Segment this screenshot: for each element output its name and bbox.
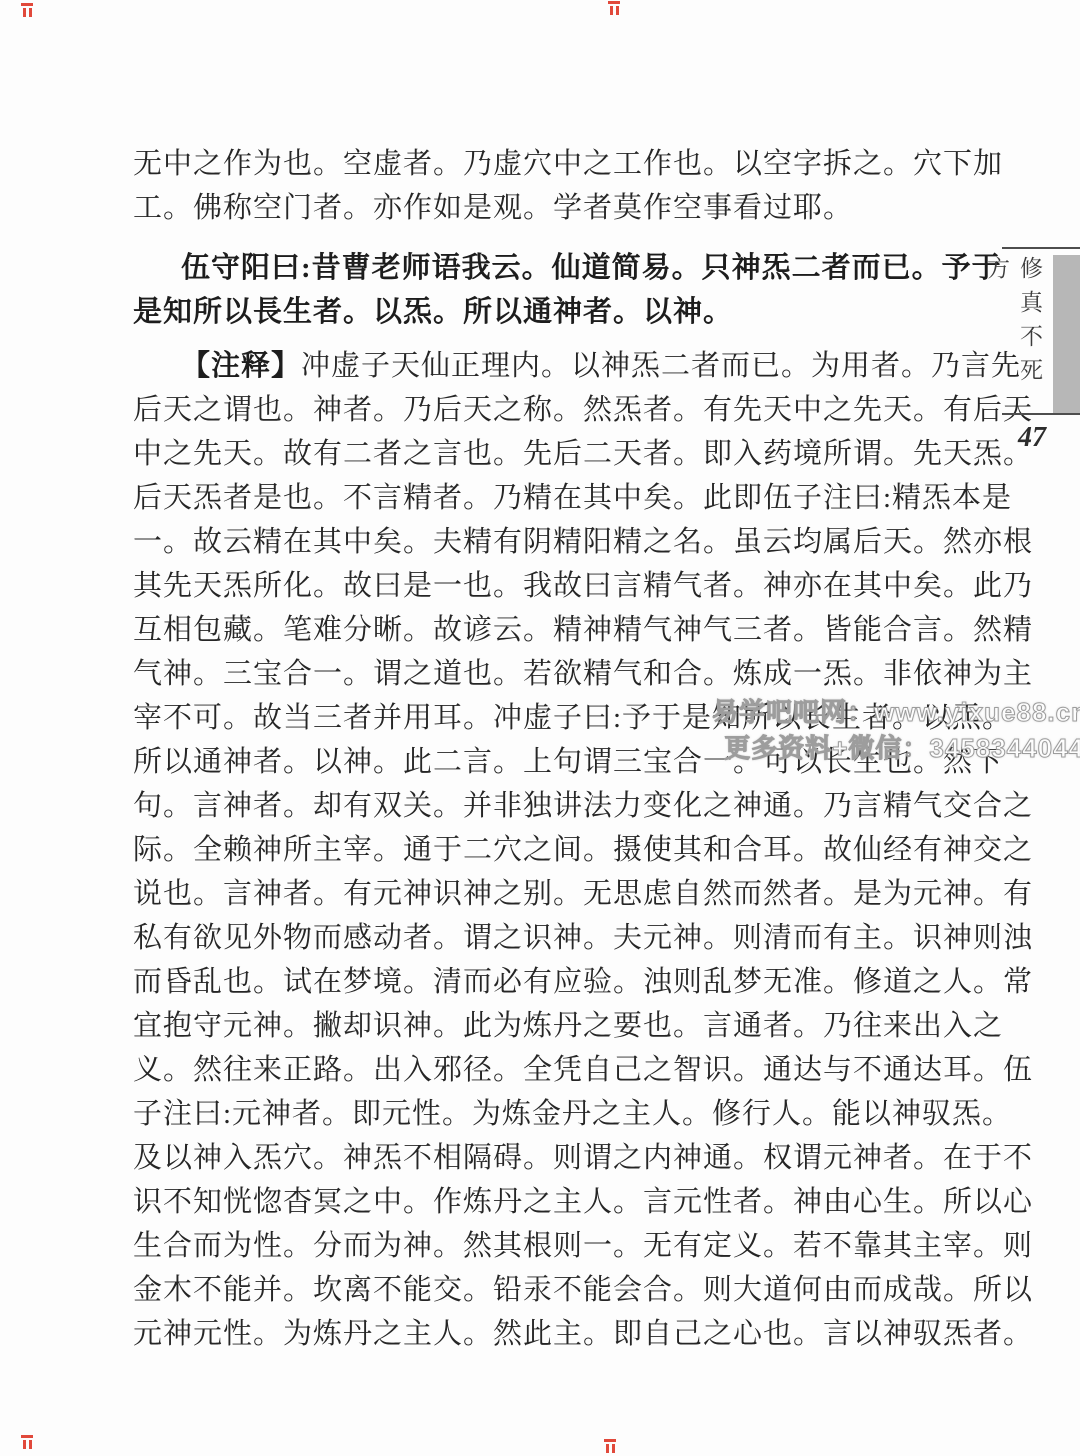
note-first-text: 冲虚子天仙正理内。以神炁二者而已。为用者。乃言先 [301, 350, 1021, 382]
text-line: 后天炁者是也。不言精者。乃精在其中矣。此即伍子注曰:精炁本是 [133, 476, 911, 520]
red-corner-mark [608, 0, 623, 16]
text-line: 宜抱守元神。撇却识神。此为炼丹之要也。言通者。乃往来出入之 [133, 1004, 911, 1048]
text-line: 句。言神者。却有双关。并非独讲法力变化之神通。乃言精气交合之 [133, 784, 911, 828]
margin-title: 修真不死方 [1016, 256, 1046, 416]
text-line: 而昏乱也。试在梦境。清而必有应验。浊则乱梦无准。修道之人。常 [133, 960, 911, 1004]
text-line: 后天之谓也。神者。乃后天之称。然炁者。有先天中之先天。有后天 [133, 388, 911, 432]
text-line: 说也。言神者。有元神识神之别。无思虑自然而然者。是为元神。有 [133, 872, 911, 916]
text-line: 其先天炁所化。故曰是一也。我故曰言精气者。神亦在其中矣。此乃 [133, 564, 911, 608]
text-line: 互相包藏。笔难分晰。故谚云。精神精气神气三者。皆能合言。然精 [133, 608, 911, 652]
text-line: 子注曰:元神者。即元性。为炼金丹之主人。修行人。能以神驭炁。 [133, 1092, 911, 1136]
note-label: 【注释】 [181, 350, 301, 382]
margin-rule-bottom [1002, 413, 1080, 415]
text-line-quote: 伍守阳曰:昔曹老师语我云。仙道简易。只神炁二者而已。予于 [133, 246, 911, 290]
margin-rule-top [1002, 247, 1080, 249]
text-line: 识不知恍惚杳冥之中。作炼丹之主人。言元性者。神由心生。所以心 [133, 1180, 911, 1224]
text-line: 元神元性。为炼丹之主人。然此主。即自己之心也。言以神驭炁者。 [133, 1312, 911, 1356]
text-line: 及以神入炁穴。神炁不相隔碍。则谓之内神通。权谓元神者。在于不 [133, 1136, 911, 1180]
text-line: 中之先天。故有二者之言也。先后二天者。即入药境所谓。先天炁。 [133, 432, 911, 476]
margin-gray-tab [1053, 255, 1080, 413]
watermark-site: 易学吧吧网：www.yixue88.cn [712, 692, 1080, 729]
text-line-note-first: 【注释】冲虚子天仙正理内。以神炁二者而已。为用者。乃言先 [133, 344, 911, 388]
page-number: 47 [1018, 422, 1046, 454]
text-line: 工。佛称空门者。亦作如是观。学者莫作空事看过耶。 [133, 186, 911, 230]
text-line: 无中之作为也。空虚者。乃虚穴中之工作也。以空字拆之。穴下加 [133, 142, 911, 186]
watermark-wechat: 更多资料+微信：3458344044 [724, 728, 1080, 765]
text-line: 际。全赖神所主宰。通于二穴之间。摄使其和合耳。故仙经有神交之 [133, 828, 911, 872]
text-line: 一。故云精在其中矣。夫精有阴精阳精之名。虽云均属后天。然亦根 [133, 520, 911, 564]
red-corner-mark [604, 1438, 619, 1454]
book-page-scan: 无中之作为也。空虚者。乃虚穴中之工作也。以空字拆之。穴下加 工。佛称空门者。亦作… [0, 0, 1080, 1456]
red-corner-mark [21, 1434, 36, 1450]
text-line: 生合而为性。分而为神。然其根则一。无有定义。若不靠其主宰。则 [133, 1224, 911, 1268]
text-line: 气神。三宝合一。谓之道也。若欲精气和合。炼成一炁。非依神为主 [133, 652, 911, 696]
red-corner-mark [21, 2, 36, 18]
text-line: 义。然往来正路。出入邪径。全凭自己之智识。通达与不通达耳。伍 [133, 1048, 911, 1092]
text-line: 金木不能并。坎离不能交。铅汞不能会合。则大道何由而成哉。所以 [133, 1268, 911, 1312]
text-line-quote: 是知所以長生者。以炁。所以通神者。以神。 [133, 290, 911, 334]
text-line: 私有欲见外物而感动者。谓之识神。夫元神。则清而有主。识神则浊 [133, 916, 911, 960]
